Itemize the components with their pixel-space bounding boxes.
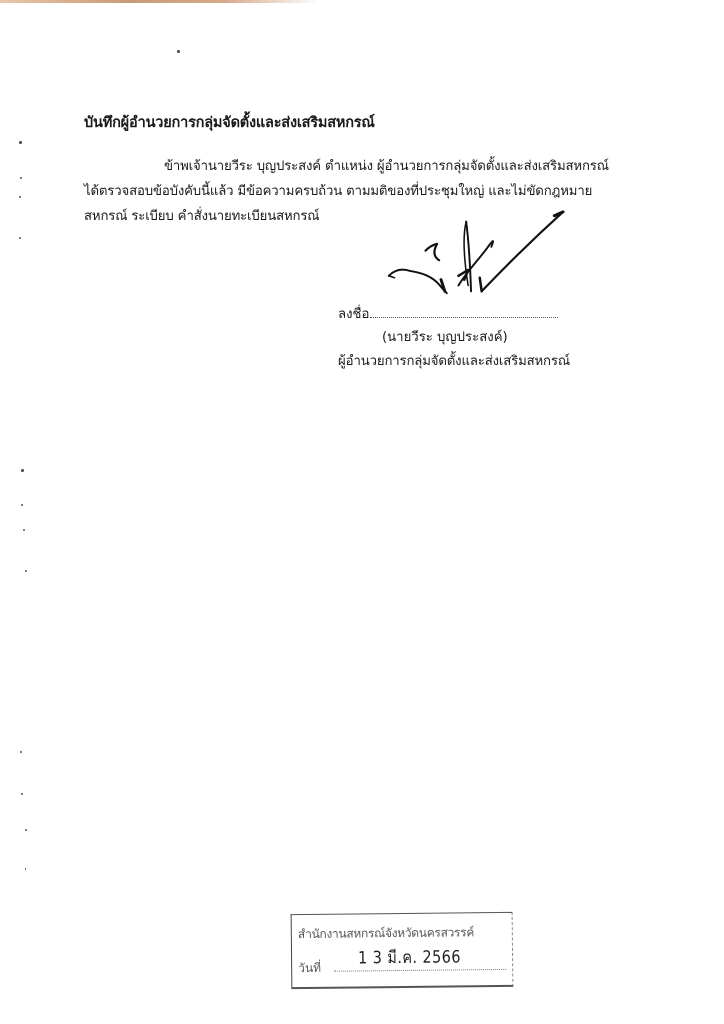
- scan-speck: [21, 469, 24, 472]
- scan-speck: [21, 504, 23, 506]
- memo-paragraph-line-2: ได้ตรวจสอบข้อบังคับนี้แล้ว มีข้อความครบถ…: [84, 180, 592, 201]
- scan-speck: [25, 570, 27, 572]
- memo-title: บันทึกผู้อำนวยการกลุ่มจัดตั้งและส่งเสริม…: [84, 111, 375, 134]
- memo-paragraph-line-3: สหกรณ์ ระเบียบ คำสั่งนายทะเบียนสหกรณ์: [84, 205, 319, 226]
- sign-label: ลงชื่อ: [338, 307, 369, 322]
- scan-speck: [21, 793, 23, 795]
- scan-speck: [20, 177, 22, 179]
- stamp-office-name: สำนักงานสหกรณ์จังหวัดนครสวรรค์: [298, 923, 474, 944]
- signer-name: (นายวีระ บุญประสงค์): [382, 326, 508, 347]
- stamp-date-label: วันที่: [298, 959, 321, 978]
- scan-speck: [20, 751, 22, 753]
- scan-speck: [177, 50, 180, 53]
- signer-position: ผู้อำนวยการกลุ่มจัดตั้งและส่งเสริมสหกรณ์: [338, 350, 570, 371]
- scan-speck: [19, 237, 21, 239]
- signature-dotted-line: [370, 307, 558, 318]
- scan-edge-artifact: [0, 0, 320, 3]
- signature-line: ลงชื่อ: [338, 303, 558, 324]
- memo-paragraph-line-1: ข้าพเจ้านายวีระ บุญประสงค์ ตำแหน่ง ผู้อำ…: [164, 155, 609, 176]
- received-stamp: สำนักงานสหกรณ์จังหวัดนครสวรรค์ 1 3 มี.ค.…: [291, 912, 514, 989]
- scan-speck: [23, 529, 25, 531]
- scan-speck: [25, 829, 27, 831]
- scan-speck: [25, 868, 26, 870]
- handwritten-signature: [372, 208, 572, 300]
- stamp-date-value: 1 3 มี.ค. 2566: [358, 943, 461, 971]
- scan-speck: [19, 141, 22, 144]
- scan-speck: [19, 196, 21, 198]
